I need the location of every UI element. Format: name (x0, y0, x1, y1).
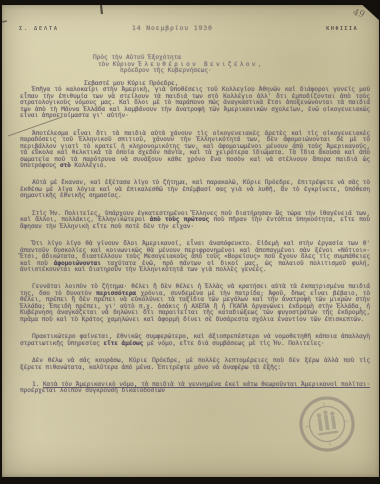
letter-paragraph: Ὅτι λίγο λίγο θὰ γίνουν ὅλοι Ἀμερικανοί,… (20, 241, 370, 273)
recipient-block: Πρὸς τὴν Αὐτοῦ Ἐξοχότητα τὸν Κύριον Ἐλευ… (93, 55, 261, 75)
letter-paragraph: Ἀποτέλεσμα εἶναι ὅτι τὰ παιδιὰ αὐτὰ χάνο… (20, 131, 370, 170)
letterhead-date: 14 Νοεμβρίου 1930 (132, 24, 213, 32)
letterhead-sender: Σ. ΔΕΛΤΑ (19, 26, 59, 32)
circular-ink-stamp-icon (293, 390, 361, 458)
letter-paragraph: Στὶς Ἡν. Πολιτεῖες, ὑπάρχουν ἐγκατεστημέ… (20, 211, 370, 230)
letterhead-place: ΚΗΦΙΣΙΑ (326, 26, 358, 32)
letter-paragraph: Ἐπῆγα τὸ καλοκαίρι στὴν Ἀμερικὴ, γιὰ ὑπο… (20, 87, 370, 119)
recipient-line-3: πρόεδρον τῆς Κυβερνήσεως· (120, 68, 261, 75)
letter-paragraph: Πρακτικώτερο φαίνεται, ἐθνικῶς συμφερώτε… (20, 334, 370, 347)
letter-paragraph: Αὐτὰ μὲ ἔκαναν, καὶ ἐξέτασα λίγο τὸ ζήτη… (20, 180, 370, 199)
letter-paragraph: Δὲν θέλω νὰ σᾶς κουράσω, Κύριε Πρόεδρε, … (20, 358, 370, 371)
numbered-item-1: 1. Κατὰ τὸν Ἀμερικανικὸ νόμο, τὰ παιδιὰ … (20, 382, 370, 395)
edge-tick-mark (2, 21, 7, 22)
letter-page: 49 Σ. ΔΕΛΤΑ 14 Νοεμβρίου 1930 ΚΗΦΙΣΙΑ Πρ… (2, 5, 379, 477)
letter-body: Σεβαστέ μου Κύριε Πρόεδρε, Ἐπῆγα τὸ καλο… (20, 81, 370, 406)
top-ink-mark (101, 5, 102, 14)
scanned-letter-screenshot: { "letter": { "corner_note": "49", "lett… (0, 0, 380, 484)
letter-paragraph: Γεννᾶται λοιπὸν τὸ ζήτημα· θέλει ἢ δὲν θ… (20, 284, 370, 323)
handwritten-page-number: 49 (352, 8, 366, 20)
